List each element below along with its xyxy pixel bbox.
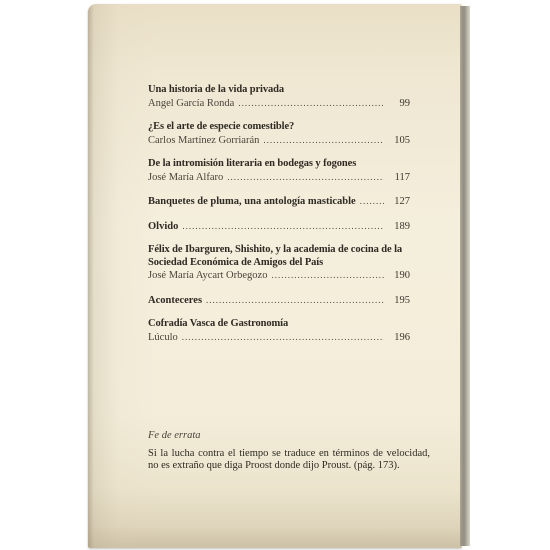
toc-entry-page: 105 [388, 135, 410, 148]
toc-entry-title: Aconteceres [148, 295, 202, 308]
toc-entry-page: 117 [388, 172, 410, 185]
toc-entry-line: Olvido 189 [148, 220, 410, 234]
toc-entry-author: Lúculo [148, 332, 178, 345]
errata-body: Si la lucha contra el tiempo se traduce … [148, 448, 430, 473]
toc-entry-line: José María Aycart Orbegozo 190 [148, 269, 410, 283]
toc-entry-page: 189 [388, 221, 410, 234]
toc-entry: Aconteceres 195 [148, 294, 410, 308]
dot-leader [227, 171, 384, 184]
toc-entry-title: Banquetes de pluma, una antología mastic… [148, 196, 356, 209]
toc-entry-author: Carlos Martínez Gorriarán [148, 135, 259, 148]
toc-entry-page: 127 [388, 196, 410, 209]
toc-entry-title: ¿Es el arte de especie comestible? [148, 121, 410, 134]
toc-entry-line: Banquetes de pluma, una antología mastic… [148, 195, 410, 209]
dot-leader [182, 331, 384, 344]
toc-entry-author: Angel García Ronda [148, 98, 234, 111]
toc-entry-author: José María Alfaro [148, 172, 223, 185]
toc-entry-line: Aconteceres 195 [148, 294, 410, 308]
dot-leader [206, 294, 384, 307]
toc-entry: Una historia de la vida privada Angel Ga… [148, 84, 410, 110]
toc-entry: De la intromisión literaria en bodegas y… [148, 158, 410, 184]
errata-heading: Fe de errata [148, 430, 430, 443]
toc-entry-title-line-1: Félix de Ibarguren, Shishito, y la acade… [148, 244, 410, 257]
errata-note: Fe de errata Si la lucha contra el tiemp… [148, 430, 430, 473]
toc-entry-author: José María Aycart Orbegozo [148, 270, 267, 283]
toc-entry: Cofradía Vasca de Gastronomía Lúculo 196 [148, 318, 410, 344]
toc-entry-title: Cofradía Vasca de Gastronomía [148, 318, 410, 331]
toc-entry: Banquetes de pluma, una antología mastic… [148, 195, 410, 209]
toc-entry-line: Lúculo 196 [148, 331, 410, 345]
toc-entry-title: Una historia de la vida privada [148, 84, 410, 97]
dot-leader [271, 269, 384, 282]
dot-leader [360, 195, 384, 208]
toc-entry-title: De la intromisión literaria en bodegas y… [148, 158, 410, 171]
toc-entry-page: 99 [388, 98, 410, 111]
toc-entry-title: Olvido [148, 221, 178, 234]
table-of-contents: Una historia de la vida privada Angel Ga… [148, 84, 410, 355]
toc-entry-page: 195 [388, 295, 410, 308]
toc-entry: Félix de Ibarguren, Shishito, y la acade… [148, 244, 410, 283]
toc-entry-line: Carlos Martínez Gorriarán 105 [148, 134, 410, 148]
toc-entry-page: 196 [388, 332, 410, 345]
toc-entry: Olvido 189 [148, 220, 410, 234]
toc-entry-line: Angel García Ronda 99 [148, 97, 410, 111]
dot-leader [182, 220, 384, 233]
toc-entry-title-line-2: Sociedad Económica de Amigos del País [148, 257, 410, 270]
dot-leader [238, 97, 384, 110]
toc-entry-page: 190 [388, 270, 410, 283]
toc-entry-line: José María Alfaro 117 [148, 171, 410, 185]
dot-leader [263, 134, 384, 147]
toc-entry: ¿Es el arte de especie comestible? Carlo… [148, 121, 410, 147]
